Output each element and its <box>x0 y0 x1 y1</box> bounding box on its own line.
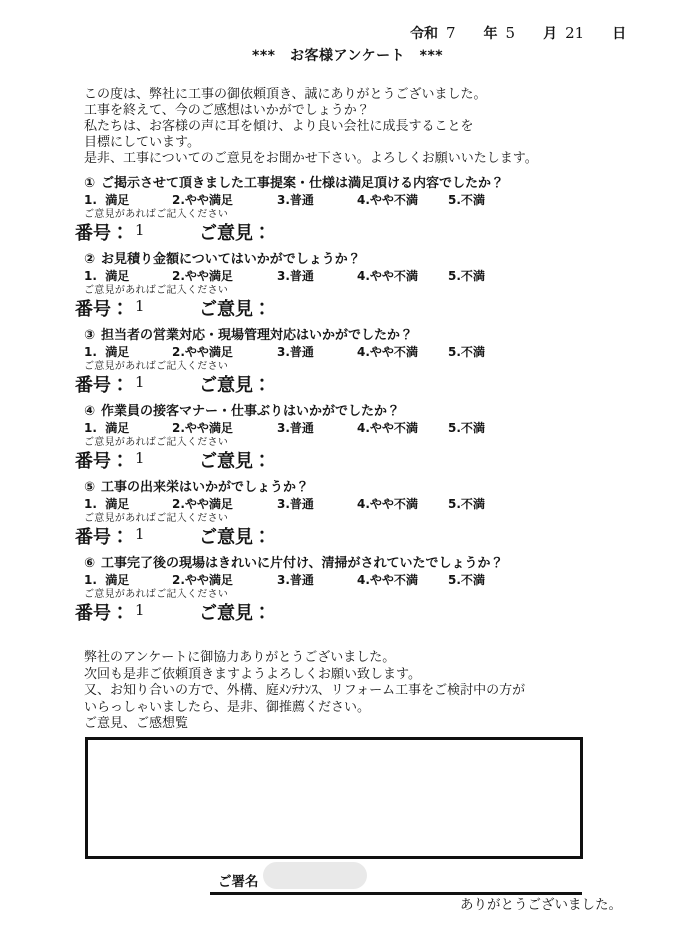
intro-line: 工事を終えて、今のご感想はいかがでしょうか？ <box>84 103 679 119</box>
rating-option: 3.普通 <box>277 344 357 360</box>
intro-line: 私たちは、お客様の声に耳を傾け、より良い会社に成長することを <box>84 119 679 135</box>
rating-option: 5.不満 <box>448 344 485 360</box>
rating-option: 1. 満足 <box>84 496 172 512</box>
date-month-value: 21 <box>565 24 584 42</box>
question-5: ⑤工事の出来栄はいかがでしょうか？ 1. 満足 2.やや満足 3.普通 4.やや… <box>84 479 679 550</box>
date-segment-era: 令和 7 <box>410 24 456 43</box>
opinion-label: ご意見： <box>199 222 271 246</box>
rating-option: 1. 満足 <box>84 420 172 436</box>
rating-option: 5.不満 <box>448 572 485 588</box>
opinion-label: ご意見： <box>199 526 271 550</box>
rating-option: 3.普通 <box>277 420 357 436</box>
rating-option: 4.やや不満 <box>357 420 448 436</box>
rating-options: 1. 満足 2.やや満足 3.普通 4.やや不満 5.不満 <box>84 268 679 284</box>
opinion-label: ご意見： <box>199 450 271 474</box>
date-day-label: 日 <box>612 25 626 43</box>
question-text: ③担当者の営業対応・現場管理対応はいかがでしたか？ <box>84 327 679 344</box>
question-list: ①ご掲示させて頂きました工事提案・仕様は満足頂ける内容でしたか？ 1. 満足 2… <box>84 175 679 626</box>
closing-line: ご意見、ご感想覧 <box>84 716 679 733</box>
answer-number-value: 1 <box>135 218 199 242</box>
opinion-label: ご意見： <box>199 602 271 626</box>
question-3: ③担当者の営業対応・現場管理対応はいかがでしたか？ 1. 満足 2.やや満足 3… <box>84 327 679 398</box>
rating-option: 2.やや満足 <box>172 496 277 512</box>
intro-line: 目標にしています。 <box>84 135 679 151</box>
closing-line: 次回も是非ご依頼頂きますようよろしくお願い致します。 <box>84 667 679 684</box>
rating-options: 1. 満足 2.やや満足 3.普通 4.やや不満 5.不満 <box>84 572 679 588</box>
answer-line: 番号： 1 ご意見： <box>75 526 679 550</box>
opinion-label: ご意見： <box>199 374 271 398</box>
rating-option: 5.不満 <box>448 268 485 284</box>
question-2: ②お見積り金額についてはいかがでしょうか？ 1. 満足 2.やや満足 3.普通 … <box>84 251 679 322</box>
answer-number-label: 番号： <box>75 222 129 246</box>
intro-paragraph: この度は、弊社に工事の御依頼頂き、誠にありがとうございました。 工事を終えて、今… <box>84 87 679 167</box>
question-number-icon: ③ <box>84 328 95 343</box>
rating-option: 1. 満足 <box>84 572 172 588</box>
rating-options: 1. 満足 2.やや満足 3.普通 4.やや不満 5.不満 <box>84 496 679 512</box>
answer-number-value: 1 <box>135 522 199 546</box>
document-title: *** お客様アンケート *** <box>252 47 679 65</box>
answer-number-value: 1 <box>135 294 199 318</box>
date-segment-day: 日 <box>612 25 634 43</box>
answer-number-label: 番号： <box>75 298 129 322</box>
answer-line: 番号： 1 ご意見： <box>75 222 679 246</box>
closing-line: 又、お知り合いの方で、外構、庭ﾒﾝﾃﾅﾝｽ、リフォーム工事をご検討中の方が <box>84 683 679 700</box>
rating-options: 1. 満足 2.やや満足 3.普通 4.やや不満 5.不満 <box>84 192 679 208</box>
date-era-label: 令和 <box>410 25 438 43</box>
signature-line: ご署名 <box>210 865 582 895</box>
question-number-icon: ④ <box>84 404 95 419</box>
question-6: ⑥工事完了後の現場はきれいに片付け、清掃がされていたでしょうか？ 1. 満足 2… <box>84 555 679 626</box>
answer-number-label: 番号： <box>75 450 129 474</box>
closing-line: 弊社のアンケートに御協力ありがとうございました。 <box>84 650 679 667</box>
answer-number-value: 1 <box>135 370 199 394</box>
rating-option: 2.やや満足 <box>172 420 277 436</box>
survey-document: 令和 7 年 5 月 21 日 *** お客様アンケート *** この度は、弊社… <box>0 0 679 925</box>
question-1: ①ご掲示させて頂きました工事提案・仕様は満足頂ける内容でしたか？ 1. 満足 2… <box>84 175 679 246</box>
rating-option: 1. 満足 <box>84 192 172 208</box>
intro-line: 是非、工事についてのご意見をお聞かせ下さい。よろしくお願いいたします。 <box>84 151 679 167</box>
date-month-label: 月 <box>543 25 557 43</box>
rating-option: 3.普通 <box>277 572 357 588</box>
question-number-icon: ① <box>84 176 95 191</box>
answer-number-label: 番号： <box>75 526 129 550</box>
answer-number-label: 番号： <box>75 374 129 398</box>
date-segment-year: 年 5 <box>484 24 516 43</box>
closing-line: いらっしゃいましたら、是非、御推薦ください。 <box>84 700 679 717</box>
date-line: 令和 7 年 5 月 21 日 <box>410 24 679 43</box>
question-text: ⑤工事の出来栄はいかがでしょうか？ <box>84 479 679 496</box>
date-year-value: 5 <box>506 24 516 42</box>
rating-option: 5.不満 <box>448 496 485 512</box>
date-year-label: 年 <box>484 25 498 43</box>
comment-box <box>85 737 583 859</box>
rating-option: 3.普通 <box>277 192 357 208</box>
date-segment-month: 月 21 <box>543 24 584 43</box>
question-4: ④作業員の接客マナー・仕事ぶりはいかがでしたか？ 1. 満足 2.やや満足 3.… <box>84 403 679 474</box>
rating-options: 1. 満足 2.やや満足 3.普通 4.やや不満 5.不満 <box>84 420 679 436</box>
question-text: ⑥工事完了後の現場はきれいに片付け、清掃がされていたでしょうか？ <box>84 555 679 572</box>
rating-option: 2.やや満足 <box>172 344 277 360</box>
answer-line: 番号： 1 ご意見： <box>75 602 679 626</box>
signature-redaction <box>263 862 367 889</box>
answer-line: 番号： 1 ご意見： <box>75 298 679 322</box>
rating-option: 4.やや不満 <box>357 344 448 360</box>
rating-option: 4.やや不満 <box>357 268 448 284</box>
rating-option: 3.普通 <box>277 268 357 284</box>
rating-option: 5.不満 <box>448 420 485 436</box>
signature-label: ご署名 <box>218 873 259 892</box>
rating-option: 1. 満足 <box>84 268 172 284</box>
question-number-icon: ② <box>84 252 95 267</box>
intro-line: この度は、弊社に工事の御依頼頂き、誠にありがとうございました。 <box>84 87 679 103</box>
answer-number-value: 1 <box>135 598 199 622</box>
opinion-label: ご意見： <box>199 298 271 322</box>
question-number-icon: ⑥ <box>84 556 95 571</box>
closing-paragraph: 弊社のアンケートに御協力ありがとうございました。 次回も是非ご依頼頂きますようよ… <box>84 650 679 733</box>
rating-option: 4.やや不満 <box>357 496 448 512</box>
rating-option: 1. 満足 <box>84 344 172 360</box>
rating-option: 2.やや満足 <box>172 192 277 208</box>
question-text: ④作業員の接客マナー・仕事ぶりはいかがでしたか？ <box>84 403 679 420</box>
answer-number-value: 1 <box>135 446 199 470</box>
date-era-value: 7 <box>446 24 456 42</box>
question-text: ①ご掲示させて頂きました工事提案・仕様は満足頂ける内容でしたか？ <box>84 175 679 192</box>
question-number-icon: ⑤ <box>84 480 95 495</box>
answer-line: 番号： 1 ご意見： <box>75 374 679 398</box>
rating-option: 2.やや満足 <box>172 268 277 284</box>
rating-option: 3.普通 <box>277 496 357 512</box>
question-text: ②お見積り金額についてはいかがでしょうか？ <box>84 251 679 268</box>
rating-options: 1. 満足 2.やや満足 3.普通 4.やや不満 5.不満 <box>84 344 679 360</box>
answer-number-label: 番号： <box>75 602 129 626</box>
footer-thanks: ありがとうございました。 <box>460 896 679 914</box>
rating-option: 2.やや満足 <box>172 572 277 588</box>
rating-option: 4.やや不満 <box>357 192 448 208</box>
answer-line: 番号： 1 ご意見： <box>75 450 679 474</box>
rating-option: 5.不満 <box>448 192 485 208</box>
rating-option: 4.やや不満 <box>357 572 448 588</box>
